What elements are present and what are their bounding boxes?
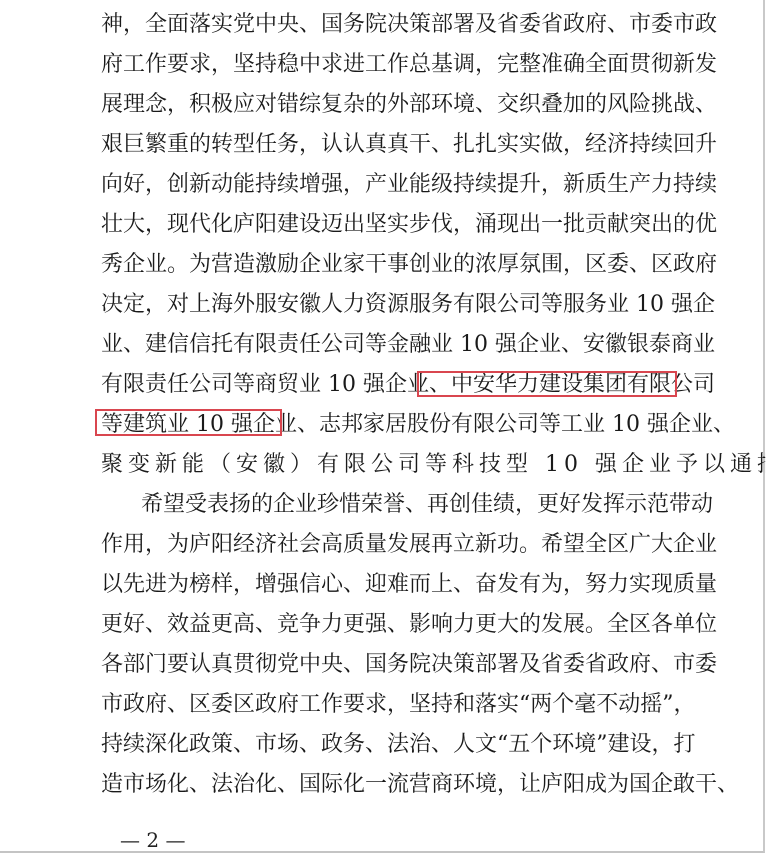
text-line: 府工作要求，坚持稳中求进工作总基调，完整准确全面贯彻新发 xyxy=(101,45,667,85)
text-line: 业、建信信托有限责任公司等金融业 10 强企业、安徽银泰商业 xyxy=(101,325,667,365)
text-line: 神，全面落实党中央、国务院决策部署及省委省政府、市委市政 xyxy=(101,5,667,45)
text-line: 向好，创新动能持续增强，产业能级持续提升，新质生产力持续 xyxy=(101,165,667,205)
text-line: 市政府、区委区政府工作要求，坚持和落实“两个毫不动摇”， xyxy=(101,685,667,725)
text-line: 展理念，积极应对错综复杂的外部环境、交织叠加的风险挑战、 xyxy=(101,85,667,125)
paragraph-first-line: 希望受表扬的企业珍惜荣誉、再创佳绩，更好发挥示范带动 xyxy=(141,485,667,525)
text-line: 艰巨繁重的转型任务，认认真真干、扎扎实实做，经济持续回升 xyxy=(101,125,667,165)
text-line: 秀企业。为营造激励企业家干事创业的浓厚氛围，区委、区政府 xyxy=(101,245,667,285)
highlight-box-company-name xyxy=(417,371,677,397)
text-line: 造市场化、法治化、国际化一流营商环境，让庐阳成为国企敢干、 xyxy=(101,765,667,805)
text-line: 更好、效益更高、竞争力更强、影响力更大的发展。全区各单位 xyxy=(101,605,667,645)
text-line: 聚变新能（安徽）有限公司等科技型 10 强企业予以通报表扬。 xyxy=(101,445,667,485)
text-line: 作用，为庐阳经济社会高质量发展再立新功。希望全区广大企业 xyxy=(101,525,667,565)
text-line: 壮大，现代化庐阳建设迈出坚实步伐，涌现出一批贡献突出的优 xyxy=(101,205,667,245)
page-number: — 2 — xyxy=(120,826,185,854)
text-line: 各部门要认真贯彻党中央、国务院决策部署及省委省政府、市委 xyxy=(101,645,667,685)
document-page: 神，全面落实党中央、国务院决策部署及省委省政府、市委市政 府工作要求，坚持稳中求… xyxy=(0,0,765,853)
text-line: 以先进为榜样，增强信心、迎难而上、奋发有为，努力实现质量 xyxy=(101,565,667,605)
highlight-box-construction-top10 xyxy=(95,409,282,436)
text-line: 持续深化政策、市场、政务、法治、人文“五个环境”建设，打 xyxy=(101,725,667,765)
text-line: 决定，对上海外服安徽人力资源服务有限公司等服务业 10 强企 xyxy=(101,285,667,325)
